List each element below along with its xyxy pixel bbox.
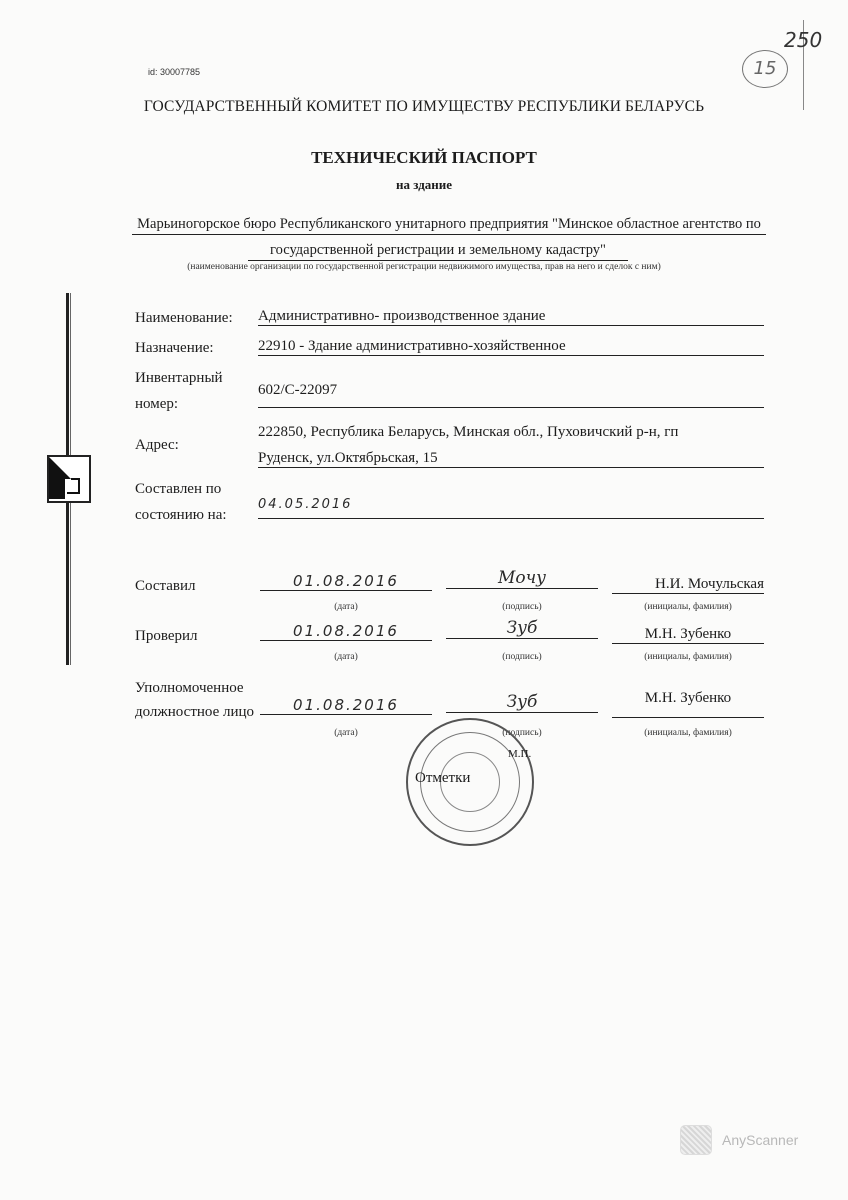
authorized-signature: Зуб bbox=[446, 692, 598, 713]
organization-line-1: Марьиногорское бюро Республиканского уни… bbox=[132, 216, 766, 235]
scanner-watermark: AnyScanner bbox=[680, 1125, 798, 1155]
signature-caption: (подпись) bbox=[446, 602, 598, 612]
signature-caption: (подпись) bbox=[446, 652, 598, 662]
purpose-label: Назначение: bbox=[135, 336, 214, 360]
as-of-label-line-2: состоянию на: bbox=[135, 503, 227, 527]
name-caption: (инициалы, фамилия) bbox=[612, 652, 764, 662]
organization-caption: (наименование организации по государстве… bbox=[0, 262, 848, 272]
as-of-date: 04.05.2016 bbox=[258, 497, 352, 512]
as-of-underline bbox=[258, 518, 764, 519]
authorized-name: М.Н. Зубенко bbox=[612, 690, 764, 707]
authorized-name-underline bbox=[612, 717, 764, 718]
scanner-logo-icon bbox=[680, 1125, 712, 1155]
address-value-line-2: Руденск, ул.Октябрьская, 15 bbox=[258, 450, 764, 468]
document-subtitle: на здание bbox=[0, 177, 848, 193]
as-of-label-line-1: Составлен по bbox=[135, 477, 221, 501]
organization-line-2: государственной регистрации и земельному… bbox=[248, 242, 628, 261]
handwritten-page-number: 250 bbox=[784, 28, 822, 52]
authorized-label-line-1: Уполномоченное bbox=[135, 676, 244, 700]
checked-name: М.Н. Зубенко bbox=[612, 626, 764, 644]
notes-label: Отметки bbox=[415, 770, 470, 787]
document-title: ТЕХНИЧЕСКИЙ ПАСПОРТ bbox=[0, 148, 848, 168]
circled-sheet-number: 15 bbox=[742, 50, 788, 88]
checked-date: 01.08.2016 bbox=[260, 622, 432, 641]
document-id: id: 30007785 bbox=[148, 67, 200, 77]
name-label: Наименование: bbox=[135, 306, 233, 330]
date-caption: (дата) bbox=[260, 728, 432, 738]
inventory-label-line-2: номер: bbox=[135, 392, 178, 416]
address-label: Адрес: bbox=[135, 433, 179, 457]
address-value-line-1: 222850, Республика Беларусь, Минская обл… bbox=[258, 424, 678, 441]
binding-marker-icon bbox=[47, 455, 91, 503]
date-caption: (дата) bbox=[260, 652, 432, 662]
inventory-underline bbox=[258, 407, 764, 408]
checked-by-label: Проверил bbox=[135, 624, 198, 648]
date-caption: (дата) bbox=[260, 602, 432, 612]
authorized-date: 01.08.2016 bbox=[260, 696, 432, 715]
compiled-signature: Мочу bbox=[446, 568, 598, 589]
inventory-label-line-1: Инвентарный bbox=[135, 366, 223, 390]
name-caption: (инициалы, фамилия) bbox=[612, 728, 764, 738]
scanner-brand: AnyScanner bbox=[722, 1132, 798, 1148]
authorized-label-line-2: должностное лицо bbox=[135, 700, 254, 724]
name-caption: (инициалы, фамилия) bbox=[612, 602, 764, 612]
compiled-name: Н.И. Мочульская bbox=[612, 576, 764, 594]
ministry-heading: ГОСУДАРСТВЕННЫЙ КОМИТЕТ ПО ИМУЩЕСТВУ РЕС… bbox=[0, 98, 848, 116]
stamp-place-label: М.П. bbox=[508, 748, 531, 760]
compiled-by-label: Составил bbox=[135, 574, 196, 598]
checked-signature: Зуб bbox=[446, 618, 598, 639]
inventory-value: 602/С-22097 bbox=[258, 382, 337, 399]
compiled-date: 01.08.2016 bbox=[260, 572, 432, 591]
purpose-value: 22910 - Здание административно-хозяйстве… bbox=[258, 338, 764, 356]
name-value: Административно- производственное здание bbox=[258, 308, 764, 326]
